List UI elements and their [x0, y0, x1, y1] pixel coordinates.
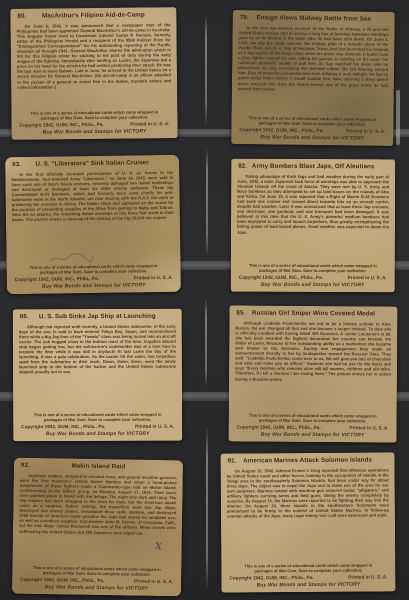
copyright-text: Copyright 1942, GUM, INC., Phila., Pa.: [237, 424, 321, 430]
victory-slogan: Buy War Bonds and Stamps for VICTORY: [227, 581, 389, 588]
printed-in-text: Printed in U. S. A.: [134, 579, 173, 585]
card-footer: This is one of a series of educational c…: [17, 107, 171, 136]
printed-in-text: Printed in U. S. A.: [135, 424, 174, 429]
series-note: This is one of a series of educational c…: [245, 115, 379, 127]
card-number: 85.: [236, 310, 245, 317]
victory-slogan: Buy War Bonds and Stamps for VICTORY: [235, 431, 391, 438]
card-title: U. S. Sub Sinks Jap Ship at Launching: [39, 313, 156, 320]
series-note: This is one of a series of educational c…: [27, 411, 168, 422]
card-header: 79. Ensign Views Midway Battle from Sea: [239, 15, 389, 24]
card-header: 80. MacArthur's Filipino Aid-de-Camp: [16, 12, 170, 20]
copyright-row: Copyright 1942, GUM, INC., Phila., Pa. P…: [18, 121, 172, 128]
card-number: 91.: [228, 458, 237, 465]
card-title: U. S. "Liberators" Sink Italian Cruiser: [35, 159, 148, 168]
copyright-row: Copyright 1942, GUM, INC., Phila., Pa. P…: [19, 424, 176, 430]
series-note: This is one of a series of educational c…: [245, 262, 381, 273]
copyright-text: Copyright 1942, GUM, INC., Phila., Pa.: [20, 122, 104, 128]
copyright-text: Copyright 1942, GUM, INC., Phila., Pa.: [239, 275, 323, 280]
card-body-text: Although not reported until recently, a …: [19, 324, 176, 410]
card-footer: This is one of a series of educational c…: [237, 113, 387, 142]
card-header: 92. Makin Island Raid: [20, 463, 177, 472]
war-gum-card-79: 79. Ensign Views Midway Battle from Sea …: [231, 10, 395, 146]
victory-slogan: Buy War Bonds and Stamps for VICTORY: [237, 282, 389, 289]
copyright-row: Copyright 1942, GUM, INC., Phila., Pa. P…: [227, 574, 389, 580]
war-gum-card-85: 85. Russian Girl Sniper Wins Coveted Med…: [229, 305, 398, 442]
copyright-text: Copyright 1942, GUM, INC., Phila., Pa.: [239, 127, 323, 133]
card-title: American Marines Attack Solomon Islands: [243, 457, 372, 465]
copyright-row: Copyright 1942, GUM, INC., Phila., Pa. P…: [13, 275, 175, 282]
sleeve-crease: [205, 16, 207, 124]
card-title: Makin Island Raid: [71, 463, 125, 471]
card-number: 80.: [17, 14, 26, 21]
printed-in-text: Printed in U. S. A.: [346, 128, 385, 133]
card-number: 92.: [21, 463, 30, 470]
copyright-row: Copyright 1942, GUM, INC., Phila., Pa. P…: [237, 275, 389, 281]
copyright-text: Copyright 1942, GUM, INC., Phila., Pa.: [229, 575, 313, 581]
series-note: This is one of a series of educational c…: [235, 562, 381, 573]
war-gum-card-91: 91. American Marines Attack Solomon Isla…: [221, 452, 396, 592]
victory-slogan: Buy War Bonds and Stamps for VICTORY: [13, 282, 175, 290]
copyright-text: Copyright 1942, GUM, INC., Phila., Pa.: [20, 577, 104, 583]
card-header: 82. Army Bombers Blast Japs, Off Aleutia…: [237, 164, 389, 171]
copyright-text: Copyright 1942, GUM, INC., Phila., Pa.: [15, 276, 99, 282]
copyright-row: Copyright 1942, GUM, INC., Phila., Pa. P…: [235, 424, 391, 430]
card-body-text: Taking advantage of thick fogs and bad w…: [237, 174, 389, 261]
card-header: 86. U. S. Sub Sinks Jap Ship at Launchin…: [19, 314, 176, 321]
war-gum-card-82: 82. Army Bombers Blast Japs, Off Aleutia…: [231, 159, 395, 293]
sleeve-crease: [206, 428, 208, 588]
card-body-text: In the first officially recorded partici…: [11, 170, 174, 263]
card-title: MacArthur's Filipino Aid-de-Camp: [42, 11, 145, 19]
card-footer: This is one of a series of educational c…: [19, 409, 176, 437]
series-note: This is one of a series of educational c…: [243, 412, 383, 423]
card-body-text: On June 6, 1942, it was announced that a…: [16, 22, 171, 108]
pencil-scribble-mark: [48, 251, 94, 266]
printed-in-text: Printed in U. S. A.: [130, 121, 169, 126]
victory-slogan: Buy War Bonds and Stamps for VICTORY: [18, 584, 175, 592]
card-header: 91. American Marines Attack Solomon Isla…: [227, 457, 389, 465]
victory-slogan: Buy War Bonds and Stamps for VICTORY: [18, 128, 172, 136]
card-footer: This is one of a series of educational c…: [235, 410, 391, 438]
sleeve-edge-glint: [396, 90, 400, 145]
card-footer: This is one of a series of educational c…: [18, 562, 175, 592]
card-album-photo: 80. MacArthur's Filipino Aid-de-Camp On …: [0, 0, 409, 600]
war-gum-card-93: 93. U. S. "Liberators" Sink Italian Crui…: [5, 155, 181, 294]
card-title: Ensign Views Midway Battle from Sea: [256, 14, 371, 22]
war-gum-card-86: 86. U. S. Sub Sinks Jap Ship at Launchin…: [13, 309, 182, 442]
series-note: This is one of a series of educational c…: [26, 565, 167, 578]
card-number: 86.: [20, 314, 29, 321]
card-footer: This is one of a series of educational c…: [237, 260, 389, 288]
copyright-text: Copyright 1942, GUM, INC., Phila., Pa.: [21, 424, 105, 429]
card-number: 79.: [240, 15, 249, 22]
card-body-text: Although Liudmila Pavlichenko set out to…: [235, 320, 392, 411]
card-number: 82.: [238, 164, 247, 171]
printed-in-text: Printed in U. S. A.: [348, 275, 387, 280]
printed-in-text: Printed in U. S. A.: [349, 425, 388, 430]
series-note: This is one of a series of educational c…: [25, 109, 163, 121]
card-body-text: In the first eye-witness account of the …: [238, 25, 389, 115]
printed-in-text: Printed in U. S. A.: [134, 275, 173, 281]
copyright-row: Copyright 1942, GUM, INC., Phila., Pa. P…: [237, 127, 387, 134]
card-header: 85. Russian Girl Sniper Wins Coveted Med…: [235, 310, 391, 318]
war-gum-card-80: 80. MacArthur's Filipino Aid-de-Camp On …: [10, 7, 177, 140]
card-body-text: On August 10, 1942, Admiral Ernest J. Ki…: [227, 467, 390, 561]
card-number: 93.: [12, 162, 21, 169]
card-title: Russian Girl Sniper Wins Coveted Medal: [252, 310, 375, 318]
card-header: 93. U. S. "Liberators" Sink Italian Crui…: [11, 160, 173, 169]
sleeve-crease: [205, 300, 207, 386]
victory-slogan: Buy War Bonds and Stamps for VICTORY: [237, 134, 387, 142]
card-footer: This is one of a series of educational c…: [227, 560, 389, 589]
card-title: Army Bombers Blast Japs, Off Aleutians: [252, 163, 375, 170]
victory-slogan: Buy War Bonds and Stamps for VICTORY: [19, 431, 176, 438]
copyright-row: Copyright 1942, GUM, INC., Phila., Pa. P…: [18, 577, 175, 584]
war-gum-card-92: 92. Makin Island Raid Japanese snipers, …: [12, 458, 183, 597]
sleeve-crease: [206, 150, 208, 255]
printed-in-text: Printed in U. S. A.: [348, 574, 387, 579]
